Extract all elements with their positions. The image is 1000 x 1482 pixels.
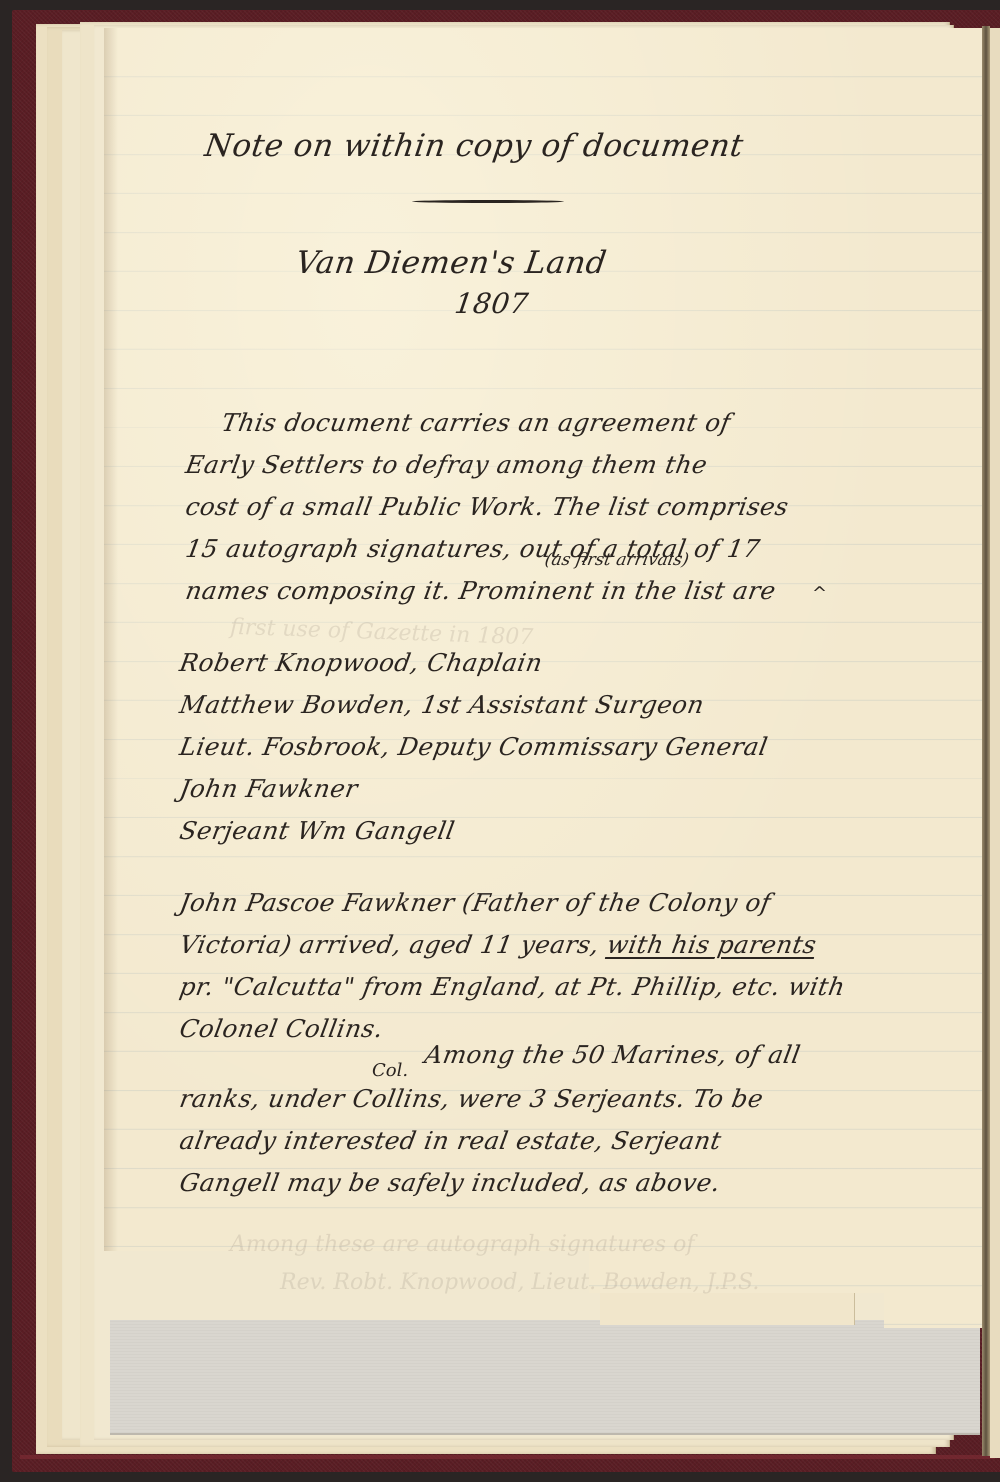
paragraph-line: John Pascoe Fawkner (Father of the Colon…	[177, 888, 773, 917]
paragraph-line: Colonel Collins.	[177, 1014, 385, 1043]
underlined-phrase: with his parents	[605, 930, 819, 959]
paragraph-line: Among the 50 Marines, of all	[422, 1040, 802, 1069]
paragraph-line: This document carries an agreement of	[219, 408, 733, 437]
name-list-item: Robert Knopwood, Chaplain	[177, 648, 544, 677]
place-title: Van Diemen's Land	[293, 245, 608, 281]
name-list-item: Serjeant Wm Gangell	[177, 816, 457, 845]
scanned-notebook-page: first use of Gazette in 1807 Among these…	[0, 0, 1000, 1482]
paragraph-line: Gangell may be safely included, as above…	[177, 1168, 722, 1197]
paragraph-line: names composing it. Prominent in the lis…	[183, 576, 778, 605]
name-list-item: Matthew Bowden, 1st Assistant Surgeon	[177, 690, 706, 719]
caret-mark: ^	[812, 583, 827, 604]
year: 1807	[453, 287, 531, 320]
binding-gutter	[982, 26, 990, 1456]
interlinear-insertion: (as first arrivals)	[543, 550, 690, 570]
document-heading: Note on within copy of document	[202, 128, 745, 164]
heading-underline	[412, 200, 564, 203]
interlinear-insertion: Col.	[372, 1060, 408, 1081]
paragraph-line: Victoria) arrived, aged 11 years, with h…	[177, 930, 818, 959]
paragraph-line: Early Settlers to defray among them the	[183, 450, 709, 479]
paragraph-line: pr. "Calcutta" from England, at Pt. Phil…	[177, 972, 847, 1001]
cover-edge	[20, 1455, 995, 1459]
paragraph-line: ranks, under Collins, were 3 Serjeants. …	[177, 1084, 765, 1113]
grey-backing-sheet	[110, 1320, 980, 1435]
paragraph-line: cost of a small Public Work. The list co…	[183, 492, 791, 521]
paragraph-line: already interested in real estate, Serje…	[177, 1126, 723, 1155]
paragraph-text: Victoria) arrived, aged 11 years,	[177, 930, 601, 959]
facing-page-edge	[990, 28, 1000, 1458]
name-list-item: Lieut. Fosbrook, Deputy Commissary Gener…	[177, 732, 770, 761]
name-list-item: John Fawkner	[177, 774, 360, 803]
